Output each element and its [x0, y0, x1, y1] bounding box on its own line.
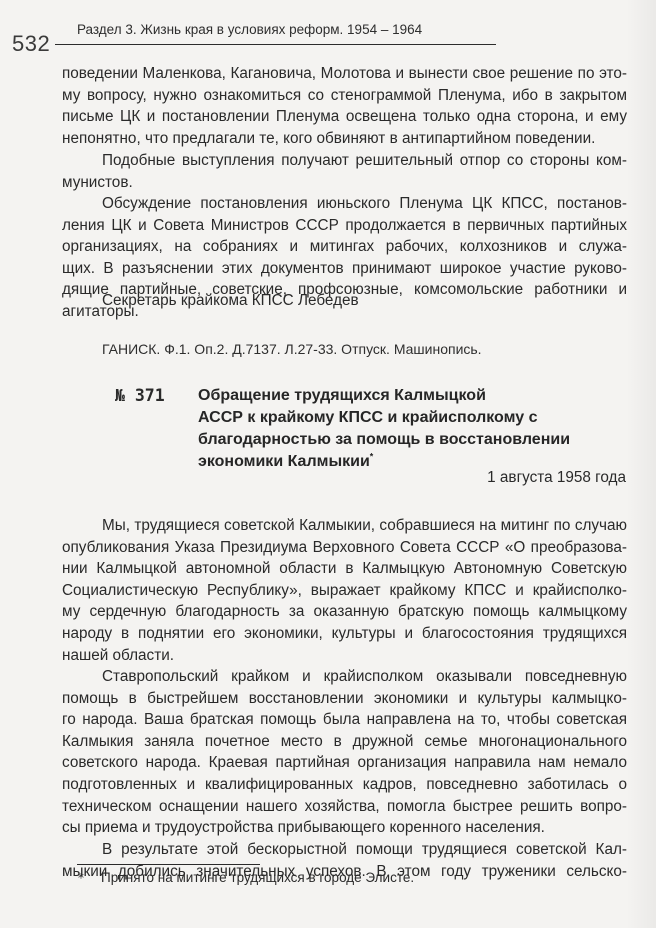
text-line: щих. В разъяснении этих документов прини… [62, 258, 627, 280]
footnote-reference: * [370, 452, 374, 462]
text-line: техническом оснащении нашего хозяйства, … [62, 796, 627, 818]
document-title: Обращение трудящихся Калмыцкой АССР к кр… [198, 385, 570, 473]
text-line: му вопросу, нужно ознакомиться со стеног… [62, 85, 627, 107]
footnote-rule [77, 864, 260, 865]
running-head: Раздел 3. Жизнь края в условиях реформ. … [77, 22, 422, 37]
text-line: Подобные выступления получают решительны… [62, 150, 627, 172]
previous-document-paragraph-2: Подобные выступления получают решительны… [62, 150, 627, 193]
page-number: 532 [12, 31, 50, 57]
title-line: Обращение трудящихся Калмыцкой [198, 385, 570, 407]
document-paragraph-1: Мы, трудящиеся советской Калмыкии, собра… [62, 515, 627, 666]
text-line: подготовленных и квалифицированных кадро… [62, 774, 627, 796]
text-line: поведении Маленкова, Кагановича, Молотов… [62, 63, 627, 85]
document-number: № 371 [115, 386, 165, 405]
text-line: нашей области. [62, 645, 627, 667]
text-line: нии Калмыцкой автономной области в Калмы… [62, 558, 627, 580]
document-paragraph-2: Ставропольский крайком и крайисполком ок… [62, 666, 627, 839]
text-line: опубликования Указа Президиума Верховног… [62, 537, 627, 559]
signature: Секретарь крайкома КПСС Лебедев [102, 292, 359, 310]
text-line: организациях, на собраниях и митингах ра… [62, 236, 627, 258]
text-line: Мы, трудящиеся советской Калмыкии, собра… [62, 515, 627, 537]
title-line: АССР к крайкому КПСС и крайисполкому с [198, 407, 570, 429]
text-line: Обсуждение постановления июньского Плену… [62, 193, 627, 215]
footnote-text: Принято на митинге трудящихся в городе Э… [101, 870, 414, 885]
text-line: непонятно, что предлагали те, кого обвин… [62, 128, 627, 150]
previous-document-paragraph-1: поведении Маленкова, Кагановича, Молотов… [62, 63, 627, 149]
text-line: Ставропольский крайком и крайисполком ок… [62, 666, 627, 688]
footnote-marker: * [78, 871, 84, 885]
archive-reference: ГАНИСК. Ф.1. Оп.2. Д.7137. Л.27-33. Отпу… [102, 341, 482, 357]
text-line: ления ЦК и Совета Министров СССР продолж… [62, 215, 627, 237]
text-line: Калмыкия заняла почетное место в дружной… [62, 731, 627, 753]
title-line: благодарностью за помощь в восстановлени… [198, 429, 570, 451]
text-line: Социалистическую Республику», выражает к… [62, 580, 627, 602]
text-line: мунистов. [62, 172, 627, 194]
text-line: В результате этой бескорыстной помощи тр… [62, 839, 627, 861]
header-rule [55, 44, 496, 45]
text-line: сы приема и трудоустройства прибывающего… [62, 817, 627, 839]
text-line: советского народа. Краевая партийная орг… [62, 752, 627, 774]
text-line: народу в поднятии его экономики, культур… [62, 623, 627, 645]
text-line: му сердечную благодарность за оказанную … [62, 601, 627, 623]
text-line: помощь в быстрейшем восстановлении эконо… [62, 688, 627, 710]
document-date: 1 августа 1958 года [487, 469, 626, 487]
text-line: го народа. Ваша братская помощь была нап… [62, 709, 627, 731]
text-line: письме ЦК и постановлении Пленума освеще… [62, 106, 627, 128]
title-line: экономики Калмыкии [198, 453, 370, 470]
page-edge-shadow [626, 0, 656, 928]
